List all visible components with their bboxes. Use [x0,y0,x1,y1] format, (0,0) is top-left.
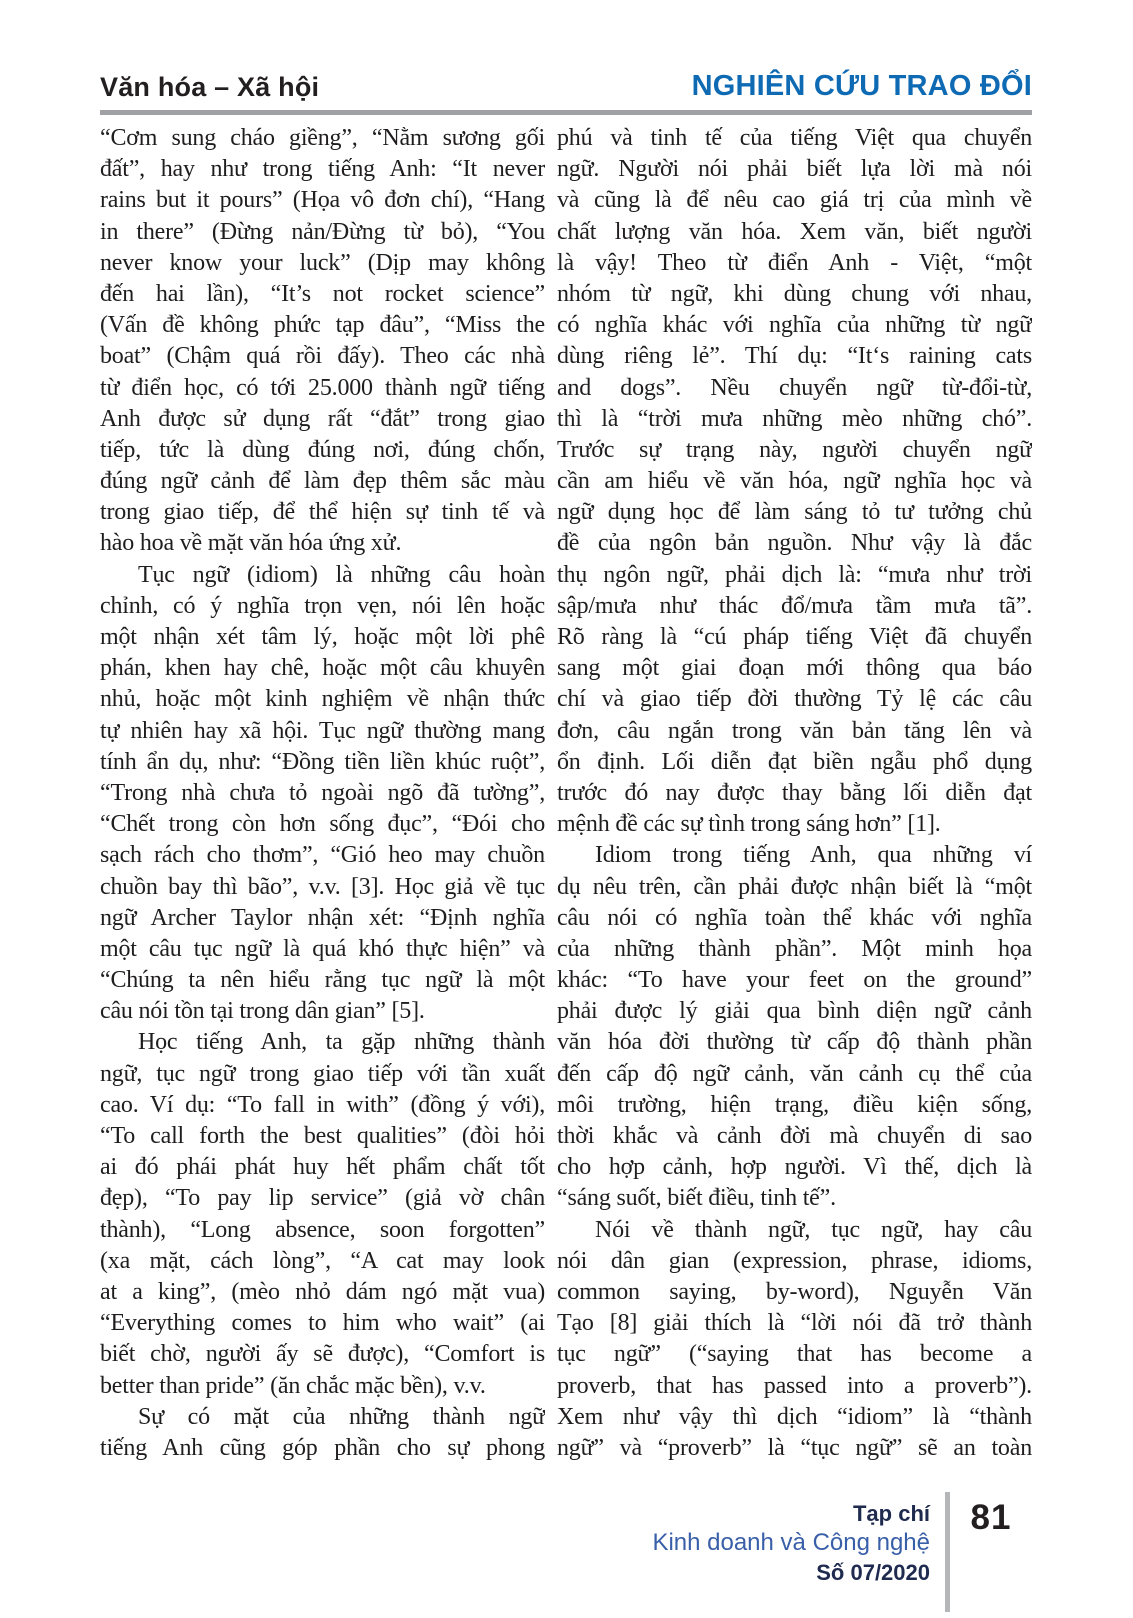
text-line: ngữ Archer Taylor nhận xét: “Định nghĩa [100,903,545,934]
section-title: Văn hóa – Xã hội [100,72,319,103]
text-line: và cũng là để nêu cao giá trị của mình v… [557,185,1032,216]
text-line: môi trường, hiện trạng, điều kiện sống, [557,1090,1032,1121]
text-line: ngữ dụng học để làm sáng tỏ tư tưởng chủ [557,497,1032,528]
paragraph: Học tiếng Anh, ta gặp những thànhngữ, tụ… [100,1027,545,1401]
text-line: đúng ngữ cảnh để làm đẹp thêm sắc màu [100,466,545,497]
text-line: Rõ ràng là “cú pháp tiếng Việt đã chuyển [557,622,1032,653]
text-line: ai đó phái phát huy hết phẩm chất tốt [100,1152,545,1183]
text-line: never know your luck” (Dịp may không [100,248,545,279]
text-line: sập/mưa như thác đổ/mưa tầm mưa tã”. [557,591,1032,622]
text-line: biết chờ, người ấy sẽ được), “Comfort is [100,1339,545,1370]
text-line: Tục ngữ (idiom) là những câu hoàn [100,560,545,591]
text-line: đến cấp độ ngữ cảnh, văn cảnh cụ thể của [557,1059,1032,1090]
text-column-left: “Cơm sung cháo giềng”, “Nằm sương gốiđất… [100,123,545,1464]
page-header: Văn hóa – Xã hội NGHIÊN CỨU TRAO ĐỔI [100,70,1032,103]
article-body: “Cơm sung cháo giềng”, “Nằm sương gốiđất… [100,123,1032,1464]
text-line: đề của ngôn bản nguồn. Như vậy là đắc [557,528,1032,559]
paragraph: Idiom trong tiếng Anh, qua những vídụ nê… [557,840,1032,1214]
text-line: nói dân gian (expression, phrase, idioms… [557,1246,1032,1277]
text-line: better than pride” (ăn chắc mặc bền), v.… [100,1371,545,1402]
text-line: của những thành phần”. Một minh họa [557,934,1032,965]
text-line: tự nhiên hay xã hội. Tục ngữ thường mang [100,716,545,747]
text-line: khác: “To have your feet on the ground” [557,965,1032,996]
text-line: một nhận xét tâm lý, hoặc một lời phê [100,622,545,653]
text-line: (Vấn đề không phức tạp đâu”, “Miss the [100,310,545,341]
text-line: Học tiếng Anh, ta gặp những thành [100,1027,545,1058]
text-line: “Cơm sung cháo giềng”, “Nằm sương gối [100,123,545,154]
text-line: common saying, by-word), Nguyễn Văn [557,1277,1032,1308]
text-line: nhóm từ ngữ, khi dùng chung với nhau, [557,279,1032,310]
text-line: ổn định. Lối diễn đạt biền ngẫu phổ dụng [557,747,1032,778]
text-line: Trước sự trạng này, người chuyển ngữ [557,435,1032,466]
paragraph: Nói về thành ngữ, tục ngữ, hay câunói dâ… [557,1215,1032,1465]
text-line: ngữ, tục ngữ trong giao tiếp với tần xuấ… [100,1059,545,1090]
text-line: thành), “Long absence, soon forgotten” [100,1215,545,1246]
text-line: mệnh đề các sự tình trong sáng hơn” [1]. [557,809,1032,840]
text-line: một câu tục ngữ là quá khó thực hiện” và [100,934,545,965]
text-line: Anh được sử dụng rất “đắt” trong giao [100,404,545,435]
text-line: chỉnh, có ý nghĩa trọn vẹn, nói lên hoặc [100,591,545,622]
text-line: proverb, that has passed into a proverb”… [557,1371,1032,1402]
text-line: “Chết trong còn hơn sống đục”, “Đói cho [100,809,545,840]
text-line: sạch rách cho thơm”, “Gió heo may chuồn [100,840,545,871]
text-line: câu nói tồn tại trong dân gian” [5]. [100,996,545,1027]
text-line: cho hợp cảnh, hợp người. Vì thế, dịch là [557,1152,1032,1183]
text-line: Nói về thành ngữ, tục ngữ, hay câu [557,1215,1032,1246]
text-line: cần am hiểu về văn hóa, ngữ nghĩa học và [557,466,1032,497]
text-line: Tạo [8] giải thích là “lời nói đã trở th… [557,1308,1032,1339]
text-line: Xem như vậy thì dịch “idiom” là “thành [557,1402,1032,1433]
journal-name: Kinh doanh và Công nghệ [652,1528,930,1558]
issue-number: Số 07/2020 [652,1558,930,1588]
text-line: chất lượng văn hóa. Xem văn, biết người [557,217,1032,248]
text-line: and dogs”. Nều chuyển ngữ từ-đổi-từ, [557,373,1032,404]
text-line: câu nói có nghĩa toàn thể khác với nghĩa [557,903,1032,934]
text-line: “Chúng ta nên hiểu rằng tục ngữ là một [100,965,545,996]
text-line: trước đó nay được thay bằng lối diễn đạt [557,778,1032,809]
text-line: at a king”, (mèo nhỏ dám ngó mặt vua) [100,1277,545,1308]
text-line: hào hoa về mặt văn hóa ứng xử. [100,528,545,559]
text-line: đất”, hay như trong tiếng Anh: “It never [100,154,545,185]
text-line: in there” (Đừng nản/Đừng từ bỏ), “You [100,217,545,248]
text-line: Sự có mặt của những thành ngữ [100,1402,545,1433]
paragraph: “Cơm sung cháo giềng”, “Nằm sương gốiđất… [100,123,545,560]
rubric-title: NGHIÊN CỨU TRAO ĐỔI [692,70,1032,103]
text-line: thụ ngôn ngữ, phải dịch là: “mưa như trờ… [557,560,1032,591]
header-rule [100,110,1032,115]
text-line: tục ngữ” (“saying that has become a [557,1339,1032,1370]
text-line: văn hóa đời thường từ cấp độ thành phần [557,1027,1032,1058]
text-line: đơn, câu ngắn trong văn bản tăng lên và [557,716,1032,747]
text-line: từ điển học, có tới 25.000 thành ngữ tiế… [100,373,545,404]
text-line: dùng riêng lẻ”. Thí dụ: “It‘s raining ca… [557,341,1032,372]
text-line: tính ẩn dụ, như: “Đồng tiền liền khúc ru… [100,747,545,778]
text-line: tiếng Anh cũng góp phần cho sự phong [100,1433,545,1464]
text-line: rains but it pours” (Họa vô đơn chí), “H… [100,185,545,216]
journal-imprint: Tạp chí Kinh doanh và Công nghệ Số 07/20… [652,1492,945,1588]
text-line: tiếp, tức là dùng đúng nơi, đúng chốn, [100,435,545,466]
text-line: “Trong nhà chưa tỏ ngoài ngõ đã tường”, [100,778,545,809]
text-line: ngữ. Người nói phải biết lựa lời mà nói [557,154,1032,185]
text-line: đẹp), “To pay lip service” (giả vờ chân [100,1183,545,1214]
text-line: phú và tinh tế của tiếng Việt qua chuyển [557,123,1032,154]
paragraph: Tục ngữ (idiom) là những câu hoànchỉnh, … [100,560,545,1028]
text-line: “To call forth the best qualities” (đòi … [100,1121,545,1152]
text-line: “sáng suốt, biết điều, tinh tế”. [557,1183,1032,1214]
text-line: cao. Ví dụ: “To fall in with” (đồng ý vớ… [100,1090,545,1121]
journal-label: Tạp chí [652,1500,930,1528]
text-line: chí và giao tiếp đời thường Tỷ lệ các câ… [557,684,1032,715]
paragraph: phú và tinh tế của tiếng Việt qua chuyển… [557,123,1032,840]
text-line: phải được lý giải qua bình diện ngữ cảnh [557,996,1032,1027]
paragraph: Sự có mặt của những thành ngữtiếng Anh c… [100,1402,545,1464]
text-line: “Everything comes to him who wait” (ai [100,1308,545,1339]
text-line: đến hai lần), “It’s not rocket science” [100,279,545,310]
text-line: nhủ, hoặc một kinh nghiệm về nhận thức [100,684,545,715]
page-number: 81 [950,1492,1032,1538]
text-line: phán, khen hay chê, hoặc một câu khuyên [100,653,545,684]
text-line: dụ nêu trên, cần phải được nhận biết là … [557,872,1032,903]
text-line: chuồn bay thì bão”, v.v. [3]. Học giả về… [100,872,545,903]
text-line: ngữ” và “proverb” là “tục ngữ” sẽ an toà… [557,1433,1032,1464]
text-line: (xa mặt, cách lòng”, “A cat may look [100,1246,545,1277]
journal-page: Văn hóa – Xã hội NGHIÊN CỨU TRAO ĐỔI “Cơ… [0,0,1133,1618]
page-footer: Tạp chí Kinh doanh và Công nghệ Số 07/20… [0,1492,1032,1612]
text-line: sang một giai đoạn mới thông qua báo [557,653,1032,684]
text-line: Idiom trong tiếng Anh, qua những ví [557,840,1032,871]
text-line: là vậy! Theo từ điển Anh - Việt, “một [557,248,1032,279]
text-line: thì là “trời mưa những mèo những chó”. [557,404,1032,435]
text-line: boat” (Chậm quá rồi đấy). Theo các nhà [100,341,545,372]
text-line: thời khắc và cảnh đời mà chuyển di sao [557,1121,1032,1152]
text-line: trong giao tiếp, để thể hiện sự tinh tế … [100,497,545,528]
text-line: có nghĩa khác với nghĩa của những từ ngữ [557,310,1032,341]
text-column-right: phú và tinh tế của tiếng Việt qua chuyển… [557,123,1032,1464]
